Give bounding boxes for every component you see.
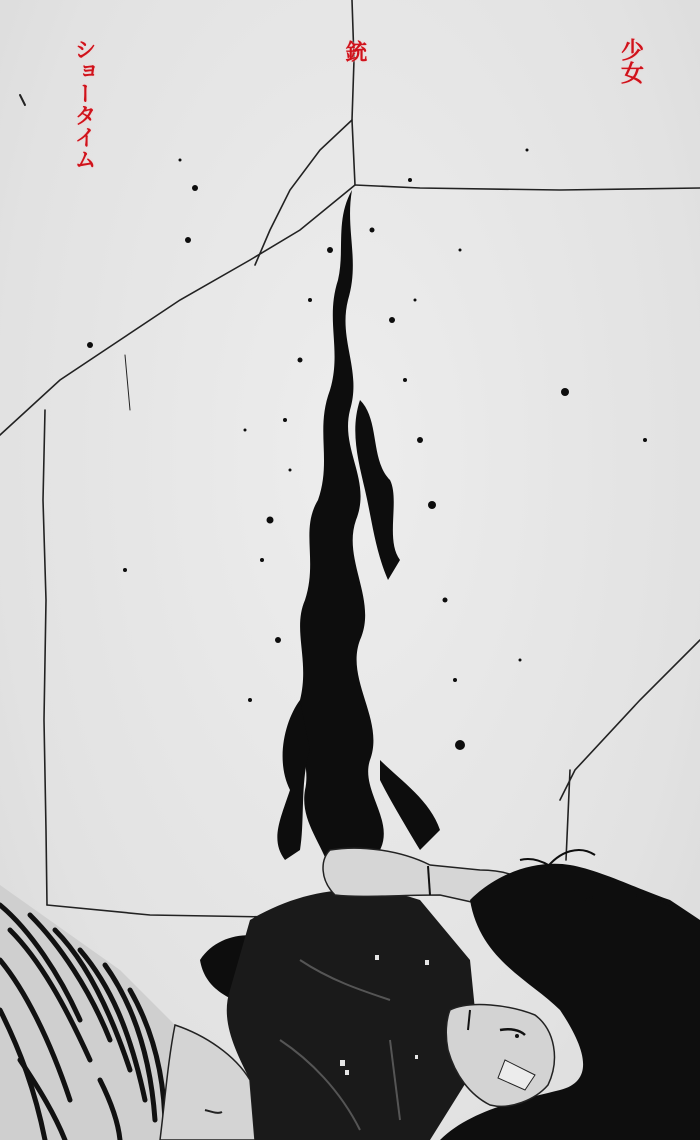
zebra-skirt bbox=[0, 885, 180, 1140]
caption-gun: 銃 bbox=[343, 40, 365, 62]
caption-girl: 少女 bbox=[618, 38, 641, 84]
illustration-canvas: ショータイム 銃 少女 bbox=[0, 0, 700, 1140]
figure-jacket bbox=[227, 890, 480, 1140]
illustration-art bbox=[0, 0, 700, 1140]
figure-face bbox=[446, 1005, 554, 1107]
caption-showtime: ショータイム bbox=[72, 38, 94, 170]
